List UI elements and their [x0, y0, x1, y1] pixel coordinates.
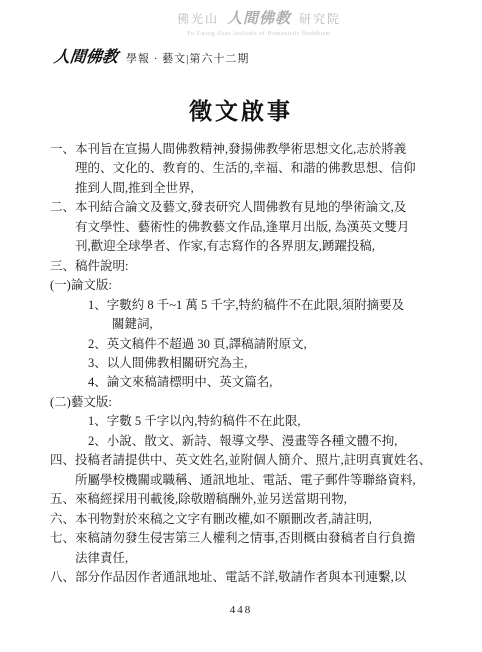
watermark-suffix: 研究院: [299, 12, 341, 26]
page-number: 448: [0, 604, 482, 616]
journal-logo: 人間佛教: [53, 44, 119, 67]
body-line: 理的、文化的、教育的、生活的,幸福、和諧的佛教思想、信仰: [50, 159, 450, 178]
body-line: 七、來稿請勿發生侵害第三人權利之情事,否則概由發稿者自行負擔: [50, 529, 450, 548]
body-line: 推到人間,推到全世界,: [50, 179, 450, 198]
body-line: 一、本刊旨在宣揚人間佛教精神,發揚佛教學術思想文化,志於將義: [50, 140, 450, 159]
page-title: 徵文啟事: [0, 93, 482, 126]
body-line: 2、小說、散文、新詩、報導文學、漫畫等各種文體不拘,: [50, 432, 450, 451]
body-line: 3、以人間佛教相關研究為主,: [50, 354, 450, 373]
body-line: 2、英文稿件不超過 30 頁,譯稿請附原文,: [50, 335, 450, 354]
body-line: 4、論文來稿請標明中、英文篇名,: [50, 373, 450, 392]
body-line: 法律責任,: [50, 549, 450, 568]
body-line: 有文學性、藝術性的佛教藝文作品,逢單月出版, 為漢英文雙月: [50, 218, 450, 237]
body-line: 五、來稿經採用刊載後,除敬贈稿酬外,並另送當期刊物,: [50, 490, 450, 509]
journal-issue-label: 學報 · 藝文|第六十二期: [126, 50, 249, 66]
body-line: 三、稿件說明:: [50, 257, 450, 276]
watermark-prefix: 佛光山: [177, 12, 219, 26]
body-line: 六、本刊物對於來稿之文字有刪改權,如不願刪改者,請註明,: [50, 510, 450, 529]
body-line: 刊,歡迎全球學者、作家,有志寫作的各界朋友,踴躍投稿,: [50, 237, 450, 256]
watermark-chinese: 佛光山 人間佛教 研究院: [177, 7, 341, 28]
body-line: (一)論文版:: [50, 276, 450, 295]
body-line: 所屬學校機關或職稱、通訊地址、電話、電子郵件等聯絡資料,: [50, 471, 450, 490]
body-line: (二)藝文版:: [50, 393, 450, 412]
document-page: 佛光山 人間佛教 研究院 Fo Guang Shan Institute of …: [0, 0, 482, 652]
institute-watermark: 佛光山 人間佛教 研究院 Fo Guang Shan Institute of …: [177, 7, 341, 37]
body-line: 1、字數約 8 千~1 萬 5 千字,特約稿件不在此限,須附摘要及: [50, 296, 450, 315]
body-line: 二、本刊結合論文及藝文,發表研究人間佛教有見地的學術論文,及: [50, 198, 450, 217]
body-line: 八、部分作品因作者通訊地址、電話不詳,敬請作者與本刊連繫,以: [50, 568, 450, 587]
body-lines: 一、本刊旨在宣揚人間佛教精神,發揚佛教學術思想文化,志於將義理的、文化的、教育的…: [50, 140, 450, 587]
body-line: 四、投稿者請提供中、英文姓名,並附個人簡介、照片,註明真實姓名、: [50, 451, 450, 470]
watermark-brand-logo: 人間佛教: [227, 11, 291, 27]
body-line: 關鍵詞,: [50, 315, 450, 334]
body-line: 1、字數 5 千字以內,特約稿件不在此限,: [50, 412, 450, 431]
journal-header: 人間佛教 學報 · 藝文|第六十二期: [54, 44, 249, 67]
watermark-english: Fo Guang Shan Institute of Humanistic Bu…: [177, 31, 341, 37]
